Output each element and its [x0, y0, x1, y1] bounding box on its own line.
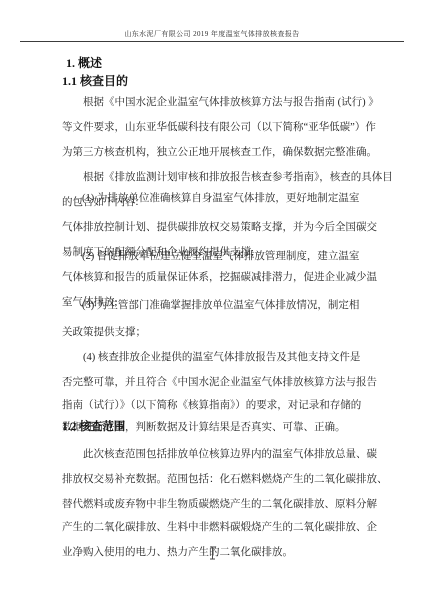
document-body: 根据《中国水泥企业温室气体排放核算方法与报告指南 (试行) 》 等文件要求，山东… — [0, 0, 424, 600]
i-beam-cursor — [209, 546, 216, 560]
document-line: (4) 核查排放企业提供的温室气体排放报告及其他支持文件是 — [62, 345, 360, 370]
document-line: 产生的二氧化碳排放、生料中非燃料碳煅烧产生的二氧化碳排放、企 — [62, 515, 377, 540]
document-line: 气体排放控制计划、提供碳排放权交易策略支撑，并为今后全国碳交 — [62, 215, 377, 240]
document-line: 等文件要求，山东亚华低碳科技有限公司（以下简称“亚华低碳”）作 — [62, 115, 376, 140]
document-line: 排放权交易补充数据。范围包括：化石燃料燃烧产生的二氧化碳排放、 — [62, 467, 388, 492]
document-page: 山东水泥厂有限公司 2019 年度温室气体排放核查报告 1. 概述 1.1 核查… — [0, 0, 424, 600]
document-line-overlapped: 易制度下的配额分配和企业履约提供支撑; (2) 督促排放单位建立健全温室气体排放… — [62, 240, 254, 265]
document-line-overlapped: 数据进行评审，判断数据及计算结果是否真实、可靠、正确。 1.2 核查范围 — [62, 415, 346, 440]
document-line: 此次核查范围包括排放单位核算边界内的温室气体排放总量、碳 — [62, 442, 377, 467]
heading-verification-scope-overlapping: 1.2 核查范围 — [62, 415, 125, 440]
document-line: 业净购入使用的电力、热力产生的二氧化碳排放。 — [62, 540, 293, 565]
overlapping-line-text: (3) 为主管部门准确掌握排放单位温室气体排放情况，制定相 — [82, 293, 359, 318]
overlapping-line-text: (1) 为排放单位准确核算自身温室气体排放，更好地制定温室 — [82, 186, 359, 211]
document-line: 关政策提供支撑； — [62, 320, 146, 345]
document-line: 根据《中国水泥企业温室气体排放核算方法与报告指南 (试行) 》 — [62, 90, 379, 115]
document-line-overlapped: 的包含如下内容: (1) 为排放单位准确核算自身温室气体排放，更好地制定温室 — [62, 190, 138, 215]
document-line: 气体核算和报告的质量保证体系，挖掘碳减排潜力，促进企业减少温 — [62, 265, 377, 290]
document-line-overlapped: 室气体排放; (3) 为主管部门准确掌握排放单位温室气体排放情况，制定相 — [62, 290, 117, 315]
document-line: 否完整可靠，并且符合《中国水泥企业温室气体排放核算方法与报告 — [62, 370, 377, 395]
document-line: 替代燃料或废弃物中非生物质碳燃烧产生的二氧化碳排放、原料分解 — [62, 492, 377, 517]
document-line: 为第三方核查机构，独立公正地开展核查工作，确保数据完整准确。 — [62, 140, 377, 165]
